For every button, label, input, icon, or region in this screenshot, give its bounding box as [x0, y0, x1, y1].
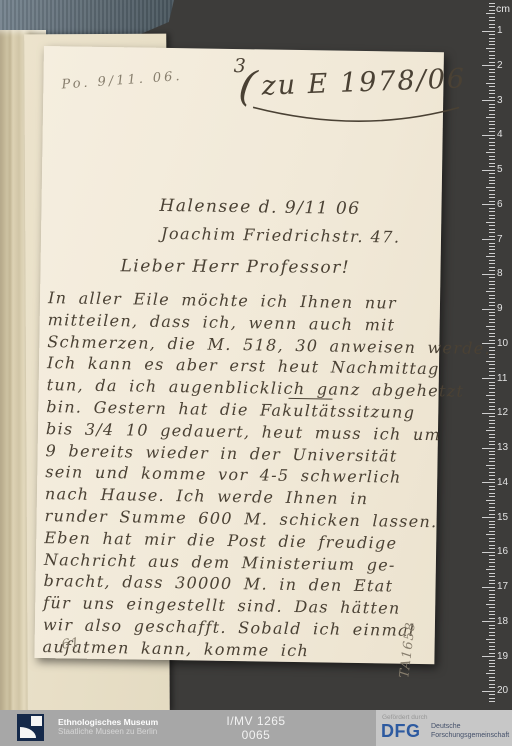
ruler-number: 7 — [497, 234, 511, 245]
ruler-tick — [489, 197, 495, 198]
ruler-tick — [489, 166, 495, 167]
dfg-org-line2: Forschungsgemeinschaft — [431, 732, 509, 741]
ruler-tick — [489, 555, 495, 556]
ruler-tick — [489, 468, 495, 469]
institution-parent: Staatliche Museen zu Berlin — [58, 727, 158, 737]
ruler-tick — [489, 590, 495, 591]
letter-line: In aller Eile möchte ich Ihnen nur — [48, 288, 397, 312]
ruler-tick — [482, 309, 495, 310]
ruler-tick — [489, 635, 495, 636]
ruler-tick — [482, 621, 495, 622]
ruler-tick — [489, 611, 495, 612]
ruler-tick — [489, 97, 495, 98]
ruler-tick — [489, 597, 495, 598]
ruler-tick — [489, 388, 495, 389]
registry-number: zu E 1978/06 — [261, 63, 467, 101]
ruler-tick — [489, 236, 495, 237]
ruler-tick — [486, 639, 495, 640]
ruler-tick — [489, 493, 495, 494]
ruler-tick — [489, 340, 495, 341]
ruler-tick — [489, 277, 495, 278]
ruler-tick — [489, 653, 495, 654]
ruler-number: 20 — [497, 685, 511, 696]
ruler-tick — [489, 625, 495, 626]
ruler-tick — [486, 361, 495, 362]
ruler-tick — [489, 104, 495, 105]
ruler-tick — [489, 260, 495, 261]
ruler-tick — [482, 65, 495, 66]
ruler-tick — [489, 562, 495, 563]
ruler-tick — [489, 76, 495, 77]
ruler-tick — [489, 34, 495, 35]
ruler-tick — [489, 281, 495, 282]
letter-address: Joachim Friedrichstr. 47. — [161, 224, 401, 247]
ruler-tick — [489, 545, 495, 546]
ruler-tick — [482, 448, 495, 449]
ruler-tick — [489, 701, 495, 702]
ruler-tick — [482, 517, 495, 518]
ruler-tick — [489, 312, 495, 313]
ruler-tick — [489, 649, 495, 650]
institution-block: Ethnologisches Museum Staatliche Museen … — [58, 717, 158, 737]
ruler-tick — [489, 243, 495, 244]
ruler-tick — [489, 607, 495, 608]
ruler-tick — [489, 142, 495, 143]
ruler-tick — [489, 576, 495, 577]
ruler-tick — [489, 319, 495, 320]
ruler-tick — [489, 566, 495, 567]
ruler-number: 9 — [497, 303, 511, 314]
ruler-tick — [489, 180, 495, 181]
ruler-tick — [489, 350, 495, 351]
ruler-number: 5 — [497, 164, 511, 175]
ruler-tick — [489, 183, 495, 184]
letter-line: Nachricht aus dem Ministerium ge- — [44, 550, 396, 575]
ruler-tick — [489, 600, 495, 601]
ruler-tick — [489, 496, 495, 497]
ruler-tick — [482, 552, 495, 553]
ruler-tick — [486, 256, 495, 257]
letter-line: mitteilen, dass ich, wenn auch mit — [48, 310, 396, 334]
institution-name: Ethnologisches Museum — [58, 717, 158, 727]
letter-line: bracht, dass 30000 M. in den Etat — [43, 571, 393, 595]
letter-line: nach Hause. Ich werde Ihnen in — [45, 484, 369, 508]
ruler-tick — [489, 20, 495, 21]
ruler-tick — [489, 336, 495, 337]
ruler-number: 13 — [497, 442, 511, 453]
ruler-tick — [489, 694, 495, 695]
ruler-tick — [489, 145, 495, 146]
ruler-tick — [489, 156, 495, 157]
letter-line: wir also geschafft. Sobald ich einmal — [43, 615, 416, 640]
letter-line: tun, da ich augenblicklich ganz abgehetz… — [47, 375, 465, 401]
ruler-unit-label: cm — [496, 3, 510, 15]
ruler-tick — [489, 44, 495, 45]
dfg-org-line1: Deutsche — [431, 723, 509, 732]
ruler-tick — [489, 55, 495, 56]
ruler-tick — [489, 531, 495, 532]
ruler-tick — [489, 263, 495, 264]
ruler-tick — [489, 138, 495, 139]
ruler-tick — [489, 434, 495, 435]
ruler-tick — [489, 514, 495, 515]
ruler-tick — [489, 614, 495, 615]
ruler-tick — [482, 413, 495, 414]
ruler-tick — [489, 420, 495, 421]
ruler-tick — [486, 152, 495, 153]
ruler-tick — [489, 409, 495, 410]
ruler-tick — [489, 253, 495, 254]
ruler-tick — [489, 527, 495, 528]
dfg-logo: DFG — [381, 721, 421, 742]
pencil-date-note: Po. 9/11. 06. — [61, 69, 183, 93]
ruler-tick — [489, 270, 495, 271]
ruler-number: 2 — [497, 60, 511, 71]
ruler-tick — [489, 218, 495, 219]
ruler-tick — [489, 354, 495, 355]
ruler-tick — [489, 347, 495, 348]
ruler-tick — [489, 541, 495, 542]
letter-line: Eben hat mir die Post die freudige — [44, 528, 397, 553]
ruler-tick — [486, 604, 495, 605]
ruler-tick — [489, 58, 495, 59]
ruler-tick — [489, 670, 495, 671]
ruler-tick — [486, 13, 495, 14]
ruler-number: 1 — [497, 25, 511, 36]
ruler-tick — [489, 402, 495, 403]
ruler-tick — [489, 173, 495, 174]
ruler-tick — [489, 684, 495, 685]
ruler-tick — [486, 48, 495, 49]
ruler-tick — [489, 479, 495, 480]
ruler-tick — [489, 24, 495, 25]
ruler-tick — [482, 135, 495, 136]
letter-page: Po. 9/11. 06. 3 ( zu E 1978/06 Halensee … — [34, 46, 444, 664]
ruler-tick — [489, 79, 495, 80]
ruler-tick — [489, 107, 495, 108]
ruler-tick — [489, 225, 495, 226]
ruler-tick — [489, 371, 495, 372]
ruler-tick — [489, 288, 495, 289]
footer-bar: Ethnologisches Museum Staatliche Museen … — [0, 710, 512, 746]
ruler-tick — [489, 72, 495, 73]
staatliche-museen-logo-icon — [17, 714, 44, 741]
ruler-tick — [489, 437, 495, 438]
ruler-tick — [489, 211, 495, 212]
ruler-tick — [486, 673, 495, 674]
ruler-tick — [489, 90, 495, 91]
ruler-tick — [489, 121, 495, 122]
ruler-tick — [489, 472, 495, 473]
ruler-tick — [489, 660, 495, 661]
ruler-tick — [482, 31, 495, 32]
ruler-tick — [489, 229, 495, 230]
ruler-tick — [489, 163, 495, 164]
ruler-number: 18 — [497, 616, 511, 627]
cm-ruler: cm 1234567891011121314151617181920 — [478, 0, 512, 710]
letter-line: 9 bereits wieder in der Universität — [46, 441, 398, 466]
ruler-tick — [486, 430, 495, 431]
ruler-number: 10 — [497, 338, 511, 349]
ruler-tick — [489, 521, 495, 522]
letter-salutation: Lieber Herr Professor! — [120, 256, 350, 278]
ruler-tick — [489, 17, 495, 18]
letter-line: runder Summe 600 M. schicken lassen. — [44, 506, 437, 531]
ruler-tick — [489, 232, 495, 233]
ruler-tick — [489, 333, 495, 334]
ruler-tick — [489, 329, 495, 330]
ruler-number: 19 — [497, 651, 511, 662]
letter-line: Ich kann es aber erst heut Nachmittag — [47, 353, 440, 378]
ruler-number: 15 — [497, 512, 511, 523]
reference-line2: 0065 — [156, 728, 356, 742]
ruler-tick — [489, 580, 495, 581]
ruler-tick — [489, 680, 495, 681]
ruler-tick — [482, 378, 495, 379]
ruler-tick — [489, 538, 495, 539]
ruler-tick — [489, 489, 495, 490]
ruler-number: 4 — [497, 129, 511, 140]
ruler-tick — [489, 375, 495, 376]
ruler-tick — [489, 458, 495, 459]
letter-body: In aller Eile möchte ich Ihnen nurmittei… — [42, 288, 440, 664]
ruler-number: 12 — [497, 407, 511, 418]
ruler-tick — [486, 395, 495, 396]
ruler-tick — [482, 100, 495, 101]
ruler-tick — [482, 204, 495, 205]
ruler-tick — [489, 461, 495, 462]
ruler-tick — [489, 69, 495, 70]
ruler-tick — [489, 454, 495, 455]
ruler-tick — [489, 646, 495, 647]
ruler-tick — [489, 423, 495, 424]
ruler-tick — [489, 322, 495, 323]
ruler-tick — [482, 656, 495, 657]
funding-label: Gefördert durch — [382, 714, 428, 721]
ruler-tick — [482, 587, 495, 588]
ruler-tick — [489, 302, 495, 303]
ruler-tick — [486, 569, 495, 570]
ruler-tick — [489, 663, 495, 664]
ruler-number: 14 — [497, 477, 511, 488]
ruler-tick — [489, 486, 495, 487]
ruler-tick — [489, 441, 495, 442]
ruler-tick — [486, 83, 495, 84]
ruler-tick — [489, 267, 495, 268]
ruler-tick — [489, 194, 495, 195]
ruler-tick — [489, 62, 495, 63]
ruler-tick — [489, 298, 495, 299]
ruler-tick — [489, 618, 495, 619]
ruler-tick — [489, 295, 495, 296]
ruler-tick — [489, 177, 495, 178]
ruler-tick — [489, 583, 495, 584]
dfg-org-name: Deutsche Forschungsgemeinschaft — [431, 723, 509, 740]
page-pencil-number: 61 — [61, 635, 81, 652]
ruler-tick — [489, 149, 495, 150]
registry-flourish — [251, 101, 465, 132]
ruler-tick — [489, 399, 495, 400]
ruler-tick — [482, 239, 495, 240]
ruler-tick — [489, 6, 495, 7]
ruler-tick — [489, 677, 495, 678]
ruler-tick — [489, 124, 495, 125]
ruler-tick — [489, 524, 495, 525]
ruler-tick — [489, 305, 495, 306]
ruler-tick — [489, 687, 495, 688]
scan-photo: Po. 9/11. 06. 3 ( zu E 1978/06 Halensee … — [0, 0, 512, 710]
ruler-tick — [489, 159, 495, 160]
ruler-tick — [489, 357, 495, 358]
ruler-tick — [489, 315, 495, 316]
letter-line: für uns eingestellt sind. Das hätten — [43, 593, 401, 618]
ruler-tick — [489, 93, 495, 94]
letter-line: aufatmen kann, komme ich — [42, 637, 309, 660]
ruler-tick — [486, 222, 495, 223]
ruler-tick — [489, 507, 495, 508]
ruler-tick — [489, 503, 495, 504]
ruler-tick — [489, 190, 495, 191]
ruler-tick — [489, 38, 495, 39]
ruler-tick — [482, 343, 495, 344]
ruler-tick — [489, 548, 495, 549]
ruler-tick — [489, 110, 495, 111]
ruler-tick — [489, 215, 495, 216]
ruler-tick — [489, 364, 495, 365]
ruler-tick — [489, 208, 495, 209]
ruler-tick — [489, 698, 495, 699]
ruler-tick — [489, 642, 495, 643]
ruler-tick — [489, 385, 495, 386]
ruler-tick — [482, 274, 495, 275]
ruler-tick — [489, 444, 495, 445]
ruler-number: 16 — [497, 546, 511, 557]
letter-place-date: Halensee d. 9/11 06 — [159, 196, 360, 219]
ruler-number: 6 — [497, 199, 511, 210]
ruler-tick — [489, 86, 495, 87]
ruler-tick — [489, 510, 495, 511]
ruler-tick — [489, 131, 495, 132]
reference-number: I/MV 1265 0065 — [156, 714, 356, 742]
ruler-tick — [489, 284, 495, 285]
letter-line: bin. Gestern hat die Fakultätssitzung — [46, 397, 415, 422]
ruler-tick — [486, 187, 495, 188]
ruler-number: 3 — [497, 95, 511, 106]
ruler-tick — [489, 368, 495, 369]
ruler-tick — [489, 201, 495, 202]
ruler-tick — [489, 594, 495, 595]
ruler-tick — [489, 427, 495, 428]
ruler-tick — [489, 10, 495, 11]
ruler-tick — [486, 465, 495, 466]
ruler-tick — [489, 475, 495, 476]
ruler-tick — [486, 534, 495, 535]
ruler-tick — [482, 691, 495, 692]
ruler-tick — [489, 114, 495, 115]
ruler-tick — [482, 170, 495, 171]
ruler-tick — [489, 3, 495, 4]
ruler-tick — [489, 632, 495, 633]
ruler-tick — [489, 27, 495, 28]
ruler-tick — [482, 482, 495, 483]
ruler-tick — [489, 392, 495, 393]
letter-line: sein und komme vor 4-5 schwerlich — [45, 462, 402, 487]
ruler-number: 11 — [497, 373, 511, 384]
ruler-tick — [489, 406, 495, 407]
ruler-number: 8 — [497, 268, 511, 279]
ruler-tick — [486, 500, 495, 501]
ruler-tick — [486, 291, 495, 292]
ruler-number: 17 — [497, 581, 511, 592]
letter-line: bis 3/4 10 gedauert, heut muss ich um — [46, 419, 441, 444]
ruler-tick — [489, 573, 495, 574]
ruler-tick — [489, 246, 495, 247]
ruler-tick — [489, 249, 495, 250]
ruler-tick — [489, 666, 495, 667]
ruler-tick — [489, 128, 495, 129]
ruler-tick — [489, 51, 495, 52]
ruler-tick — [489, 451, 495, 452]
reference-line1: I/MV 1265 — [156, 714, 356, 728]
ruler-tick — [486, 117, 495, 118]
ruler-tick — [489, 382, 495, 383]
ruler-tick — [486, 326, 495, 327]
ruler-tick — [489, 416, 495, 417]
ruler-tick — [489, 559, 495, 560]
ruler-tick — [489, 41, 495, 42]
ruler-tick — [489, 628, 495, 629]
